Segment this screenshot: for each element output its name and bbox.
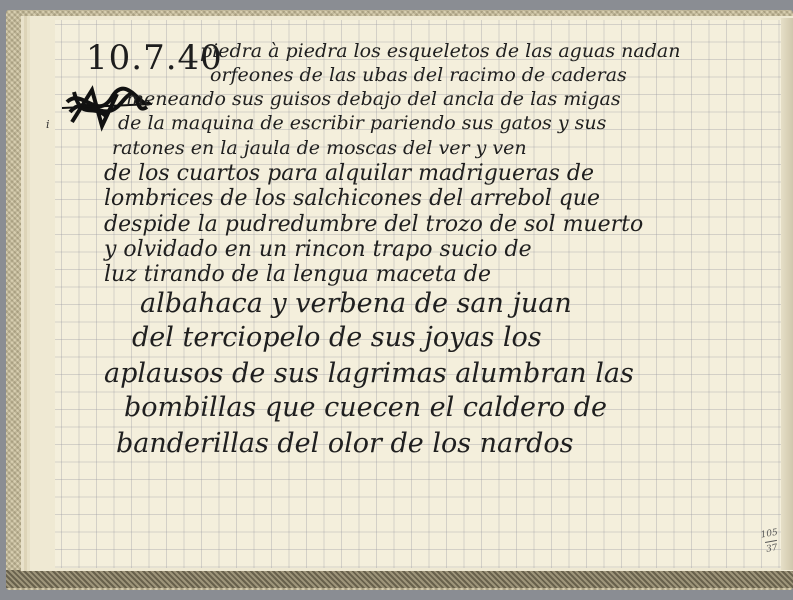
notebook-cover-bottom-edge [6,570,793,588]
margin-mark: i [46,118,50,131]
manuscript-line-6: de los cuartos para alquilar madrigueras… [104,161,594,186]
manuscript-line-15: banderillas del olor de los nardos [116,428,573,459]
manuscript-line-3: meneando sus guisos debajo del ancla de … [126,88,621,110]
manuscript-line-14: bombillas que cuecen el caldero de [124,392,607,423]
manuscript-line-7: lombrices de los salchicones del arrebol… [104,186,600,211]
manuscript-line-1: piedra à piedra los esqueletos de las ag… [200,40,680,62]
manuscript-line-4: de la maquina de escribir pariendo sus g… [118,112,606,134]
manuscript-line-8: despide la pudredumbre del trozo de sol … [104,212,643,237]
manuscript-line-2: orfeones de las ubas del racimo de cader… [210,64,627,86]
manuscript-line-5: ratones en la jaula de moscas del ver y … [112,137,527,159]
manuscript-line-13: aplausos de sus lagrimas alumbran las [104,358,634,389]
page-edge-right [781,18,793,570]
manuscript-line-11: albahaca y verbena de san juan [140,288,572,319]
folio-bottom: 37 [765,543,778,555]
folio-top: 105 [760,528,779,541]
manuscript-line-12: del terciopelo de sus joyas los [132,322,542,353]
manuscript-line-10: luz tirando de la lengua maceta de [104,262,491,287]
manuscript-line-9: y olvidado en un rincon trapo sucio de [104,237,532,262]
